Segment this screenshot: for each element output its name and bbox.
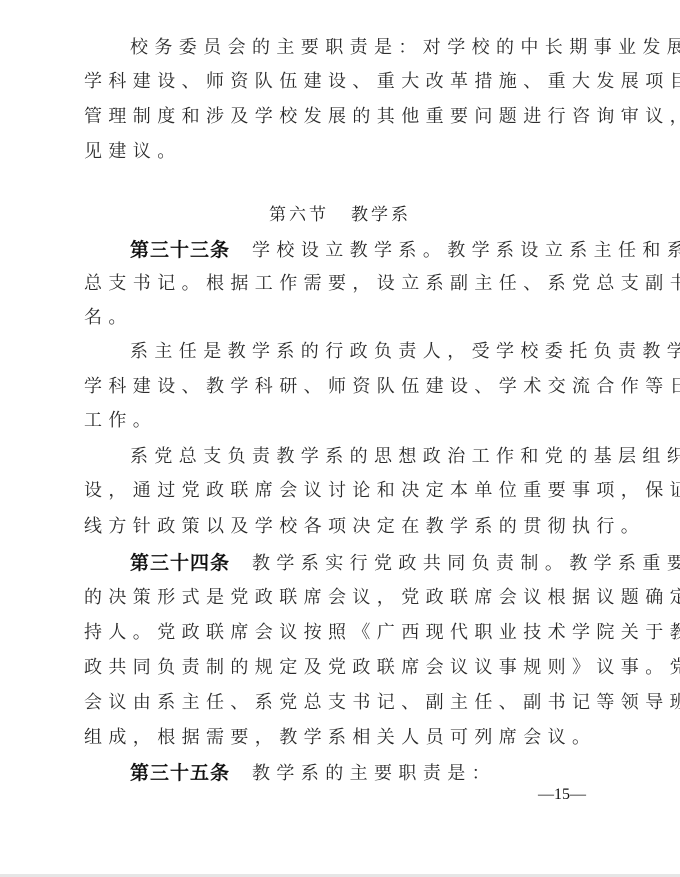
- article-label: 第三十五条: [130, 762, 230, 784]
- text-line: 组成，根据需要，教学系相关人员可列席会议。: [84, 721, 624, 755]
- section-heading: 第六节教学系: [0, 198, 680, 232]
- section-title: 教学系: [351, 205, 411, 225]
- text-line: 学科建设、教学科研、师资队伍建设、学术交流合作等日常行政: [84, 370, 624, 404]
- text-line: 见建议。: [84, 135, 624, 169]
- article-label: 第三十四条: [130, 552, 230, 574]
- article-text: 学校设立教学系。教学系设立系主任和系党: [252, 240, 680, 261]
- document-page: 校务委员会的主要职责是：对学校的中长期事业发展规划、 学科建设、师资队伍建设、重…: [0, 0, 680, 877]
- section-number: 第六节: [269, 205, 329, 225]
- text-line: 设，通过党政联席会议讨论和决定本单位重要事项，保证党的路: [84, 474, 624, 508]
- text-line: 会议由系主任、系党总支书记、副主任、副书记等领导班子成员: [84, 686, 624, 720]
- text-line: 第三十四条教学系实行党政共同负责制。教学系重要问题: [130, 546, 670, 580]
- text-line: 总支书记。根据工作需要，设立系副主任、系党总支副书记若干: [84, 267, 624, 301]
- text-line: 系党总支负责教学系的思想政治工作和党的基层组织建: [130, 440, 670, 474]
- article-text: 教学系实行党政共同负责制。教学系重要问题: [252, 553, 680, 574]
- text-line: 持人。党政联席会议按照《广西现代职业技术学院关于教学系党: [84, 616, 624, 650]
- article-label: 第三十三条: [130, 239, 230, 261]
- text-line: 系主任是教学系的行政负责人，受学校委托负责教学系的: [130, 335, 670, 369]
- text-line: 管理制度和涉及学校发展的其他重要问题进行咨询审议，提出意: [84, 100, 624, 134]
- text-line: 政共同负责制的规定及党政联席会议议事规则》议事。党政联席: [84, 651, 624, 685]
- text-line: 工作。: [84, 404, 624, 438]
- text-line: 名。: [84, 301, 624, 335]
- text-line: 校务委员会的主要职责是：对学校的中长期事业发展规划、: [130, 31, 670, 65]
- text-line: 第三十五条教学系的主要职责是：: [130, 756, 670, 790]
- text-line: 学科建设、师资队伍建设、重大改革措施、重大发展项目、重要: [84, 65, 624, 99]
- text-line: 线方针政策以及学校各项决定在教学系的贯彻执行。: [84, 510, 624, 544]
- text-line: 的决策形式是党政联席会议，党政联席会议根据议题确定会议主: [84, 581, 624, 615]
- text-line: 第三十三条学校设立教学系。教学系设立系主任和系党: [130, 233, 670, 267]
- page-number: —15—: [538, 781, 586, 809]
- article-text: 教学系的主要职责是：: [252, 763, 496, 784]
